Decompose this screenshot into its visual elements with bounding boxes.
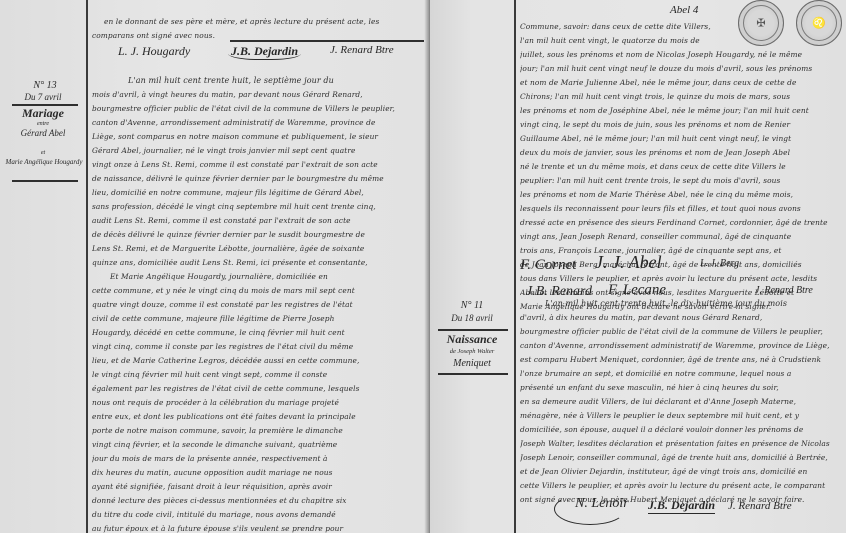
text-line: les prénoms et nom de Joséphine Abel, né…	[520, 104, 842, 117]
text-line: Joseph Lenoir, conseiller communal, âgé …	[520, 451, 843, 464]
text-line: L'an mil huit cent trente huit, le septi…	[128, 74, 424, 87]
text-line: donné lecture des pièces ci-dessus menti…	[92, 494, 424, 507]
text-line: né le trente et un du même mois, et dans…	[520, 160, 842, 173]
text-line: peuplier: l'an mil huit cent trente troi…	[520, 174, 842, 187]
text-line: du titre du code civil, intitulé du mari…	[92, 508, 424, 521]
text-line: Commune, savoir: dans ceux de cette dite…	[520, 20, 740, 33]
text-line: bourgmestre officier public de l'état ci…	[520, 325, 843, 338]
folio-number: Abel 4	[670, 4, 698, 16]
text-line: lieu, et de Marie Catherine Legros, décé…	[92, 354, 424, 367]
text-line: en sa demeure audit Villers, de lui décl…	[520, 395, 843, 408]
text-line: audit Lens St. Remi, comme il est consta…	[92, 214, 424, 227]
text-line: domiciliée, son épouse, auquel il a décl…	[520, 423, 843, 436]
text-line: au futur époux et à la future épouse s'i…	[92, 522, 424, 533]
text-line: Hougardy, décédé en cette commune, le ci…	[92, 326, 424, 339]
signature: J.B. Dejardin	[228, 44, 301, 60]
text-line: Guillaume Abel, né le même jour; l'an mi…	[520, 132, 842, 145]
text-line: cette Villers le peuplier, et après avoi…	[520, 479, 843, 492]
text-line: porte de notre maison commune, savoir, l…	[92, 424, 424, 437]
continuation-line: comparans ont signé avec nous.	[92, 29, 215, 42]
signature: J. Renard Btre	[330, 44, 394, 56]
text-line: L'an mil huit cent trente huit, le dix-h…	[545, 297, 843, 310]
text-line: quatre vingt douze, comme il est constat…	[92, 298, 424, 311]
text-line: canton d'Avenne, arrondissement administ…	[92, 116, 424, 129]
signature: L. J. Berg	[700, 258, 739, 269]
text-line: vingt cinq, le sept du mois de juin, sou…	[520, 118, 842, 131]
text-line: de décès délivré le quinze février derni…	[92, 228, 424, 241]
bride-name: Marie Angélique Hougardy	[4, 156, 84, 168]
text-line: juillet, sous les prénoms et nom de Nico…	[520, 48, 842, 61]
family-name: Meniquet	[432, 358, 512, 369]
entry-type: Naissance	[432, 332, 512, 347]
text-line: ayant été signifiée, faisant droit à leu…	[92, 480, 424, 493]
entry-date: Du 18 avril	[432, 313, 512, 323]
margin-rule	[86, 0, 88, 533]
text-line: deux du mois de janvier, sous les prénom…	[520, 146, 842, 159]
margin-rule	[438, 329, 508, 331]
text-line: dressé acte en présence des sieurs Ferdi…	[520, 216, 842, 229]
text-line: vingt cinq février, et la seconde le dim…	[92, 438, 424, 451]
text-line: et de Jean Olivier Dejardin, instituteur…	[520, 465, 843, 478]
text-line: Gérard Abel, journalier, né le vingt tro…	[92, 144, 424, 157]
text-line: présenté un enfant du sexe masculin, né …	[520, 381, 843, 394]
text-line: l'onze brumaire an sept, et domicilié en…	[520, 367, 843, 380]
lion-seal-icon: ♌	[796, 0, 842, 46]
text-line: mois d'avril, à vingt heures du matin, p…	[92, 88, 424, 101]
margin-rule	[514, 0, 516, 533]
entry-between: entre	[6, 121, 80, 127]
text-line: canton d'Avenne, arrondissement administ…	[520, 339, 843, 352]
text-line: entre eux, et dont les publications ont …	[92, 410, 424, 423]
register-spread: en le donnant de ses père et mère, et ap…	[0, 0, 846, 533]
left-page: en le donnant de ses père et mère, et ap…	[0, 0, 428, 533]
signature: J.B. Dejardin	[648, 498, 715, 514]
text-line: ménagère, née à Villers le peuplier le d…	[520, 409, 843, 422]
entry-number: N° 13	[10, 80, 80, 91]
text-line: vingt cinq, comme il conste par les regi…	[92, 340, 424, 353]
text-line: et nom de Marie Julienne Abel, née le mê…	[520, 76, 842, 89]
text-line: jour du mois de mars de la présente anné…	[92, 452, 424, 465]
text-line: vingt onze à Lens St. Remi, comme il est…	[92, 158, 424, 171]
text-line: Lens St. Remi, et de Marguerite Lébotte,…	[92, 242, 424, 255]
signature: J. J. Abel	[595, 252, 662, 273]
text-line: l'an mil huit cent vingt, le quatorze du…	[520, 34, 740, 47]
text-line: nous ont requis de procéder à la célébra…	[92, 396, 424, 409]
entry-number: N° 11	[432, 300, 512, 311]
margin-rule	[12, 180, 78, 182]
text-line: bourgmestre officier public de l'état ci…	[92, 102, 424, 115]
text-line: d'avril, à dix heures du matin, par deva…	[520, 311, 843, 324]
closing-rule	[230, 40, 426, 42]
text-line: jour; l'an mil huit cent vingt neuf le d…	[520, 62, 842, 75]
text-line: Chirons; l'an mil huit cent vingt trois,…	[520, 90, 842, 103]
text-line: Et Marie Angélique Hougardy, journalière…	[110, 270, 424, 283]
text-line: lieu, domicilié en notre commune, majeur…	[92, 186, 424, 199]
text-line: de naissance, délivré le quinze février …	[92, 172, 424, 185]
child-name: de Joseph Walter	[432, 348, 512, 355]
text-line: dix heures du matin, aucune opposition a…	[92, 466, 424, 479]
text-line: Liège, sont comparus en notre maison com…	[92, 130, 424, 143]
signature: J. Renard Btre	[728, 500, 792, 512]
text-line: vingt ans, Jean Joseph Renard, conseille…	[520, 230, 842, 243]
text-line: le vingt cinq février mil huit cent ving…	[92, 368, 424, 381]
entry-date: Du 7 avril	[6, 92, 80, 102]
text-line: civil de cette commune, majeure fille lé…	[92, 312, 424, 325]
continuation-line: en le donnant de ses père et mère, et ap…	[104, 15, 379, 28]
text-line: cette commune, et y née le vingt cinq du…	[92, 284, 424, 297]
groom-name: Gérard Abel	[6, 128, 80, 138]
signature: F. Cornet	[520, 257, 576, 274]
entry-type: Mariage	[6, 106, 80, 121]
text-line: Joseph Walter, lesdites déclaration et p…	[520, 437, 843, 450]
text-line: également par les registres de l'état ci…	[92, 382, 424, 395]
text-line: les prénoms et nom de Marie Thérèse Abel…	[520, 188, 842, 201]
text-line: trois ans, François Lecane, journalier, …	[520, 244, 842, 257]
signature: N. Lenoir	[575, 496, 629, 512]
signature: J. Renard Btre	[755, 285, 813, 296]
text-line: est comparu Hubert Meniquet, cordonnier,…	[520, 353, 843, 366]
text-line: lesquels ils reconnaissent pour leurs fi…	[520, 202, 842, 215]
text-line: quinze ans, domiciliée audit Lens St. Re…	[92, 256, 424, 269]
commune-seal-icon: ✠	[738, 0, 784, 46]
text-line: sans profession, décédé le vingt cinq se…	[92, 200, 424, 213]
margin-rule	[438, 373, 508, 375]
signature: L. J. Hougardy	[118, 44, 190, 59]
